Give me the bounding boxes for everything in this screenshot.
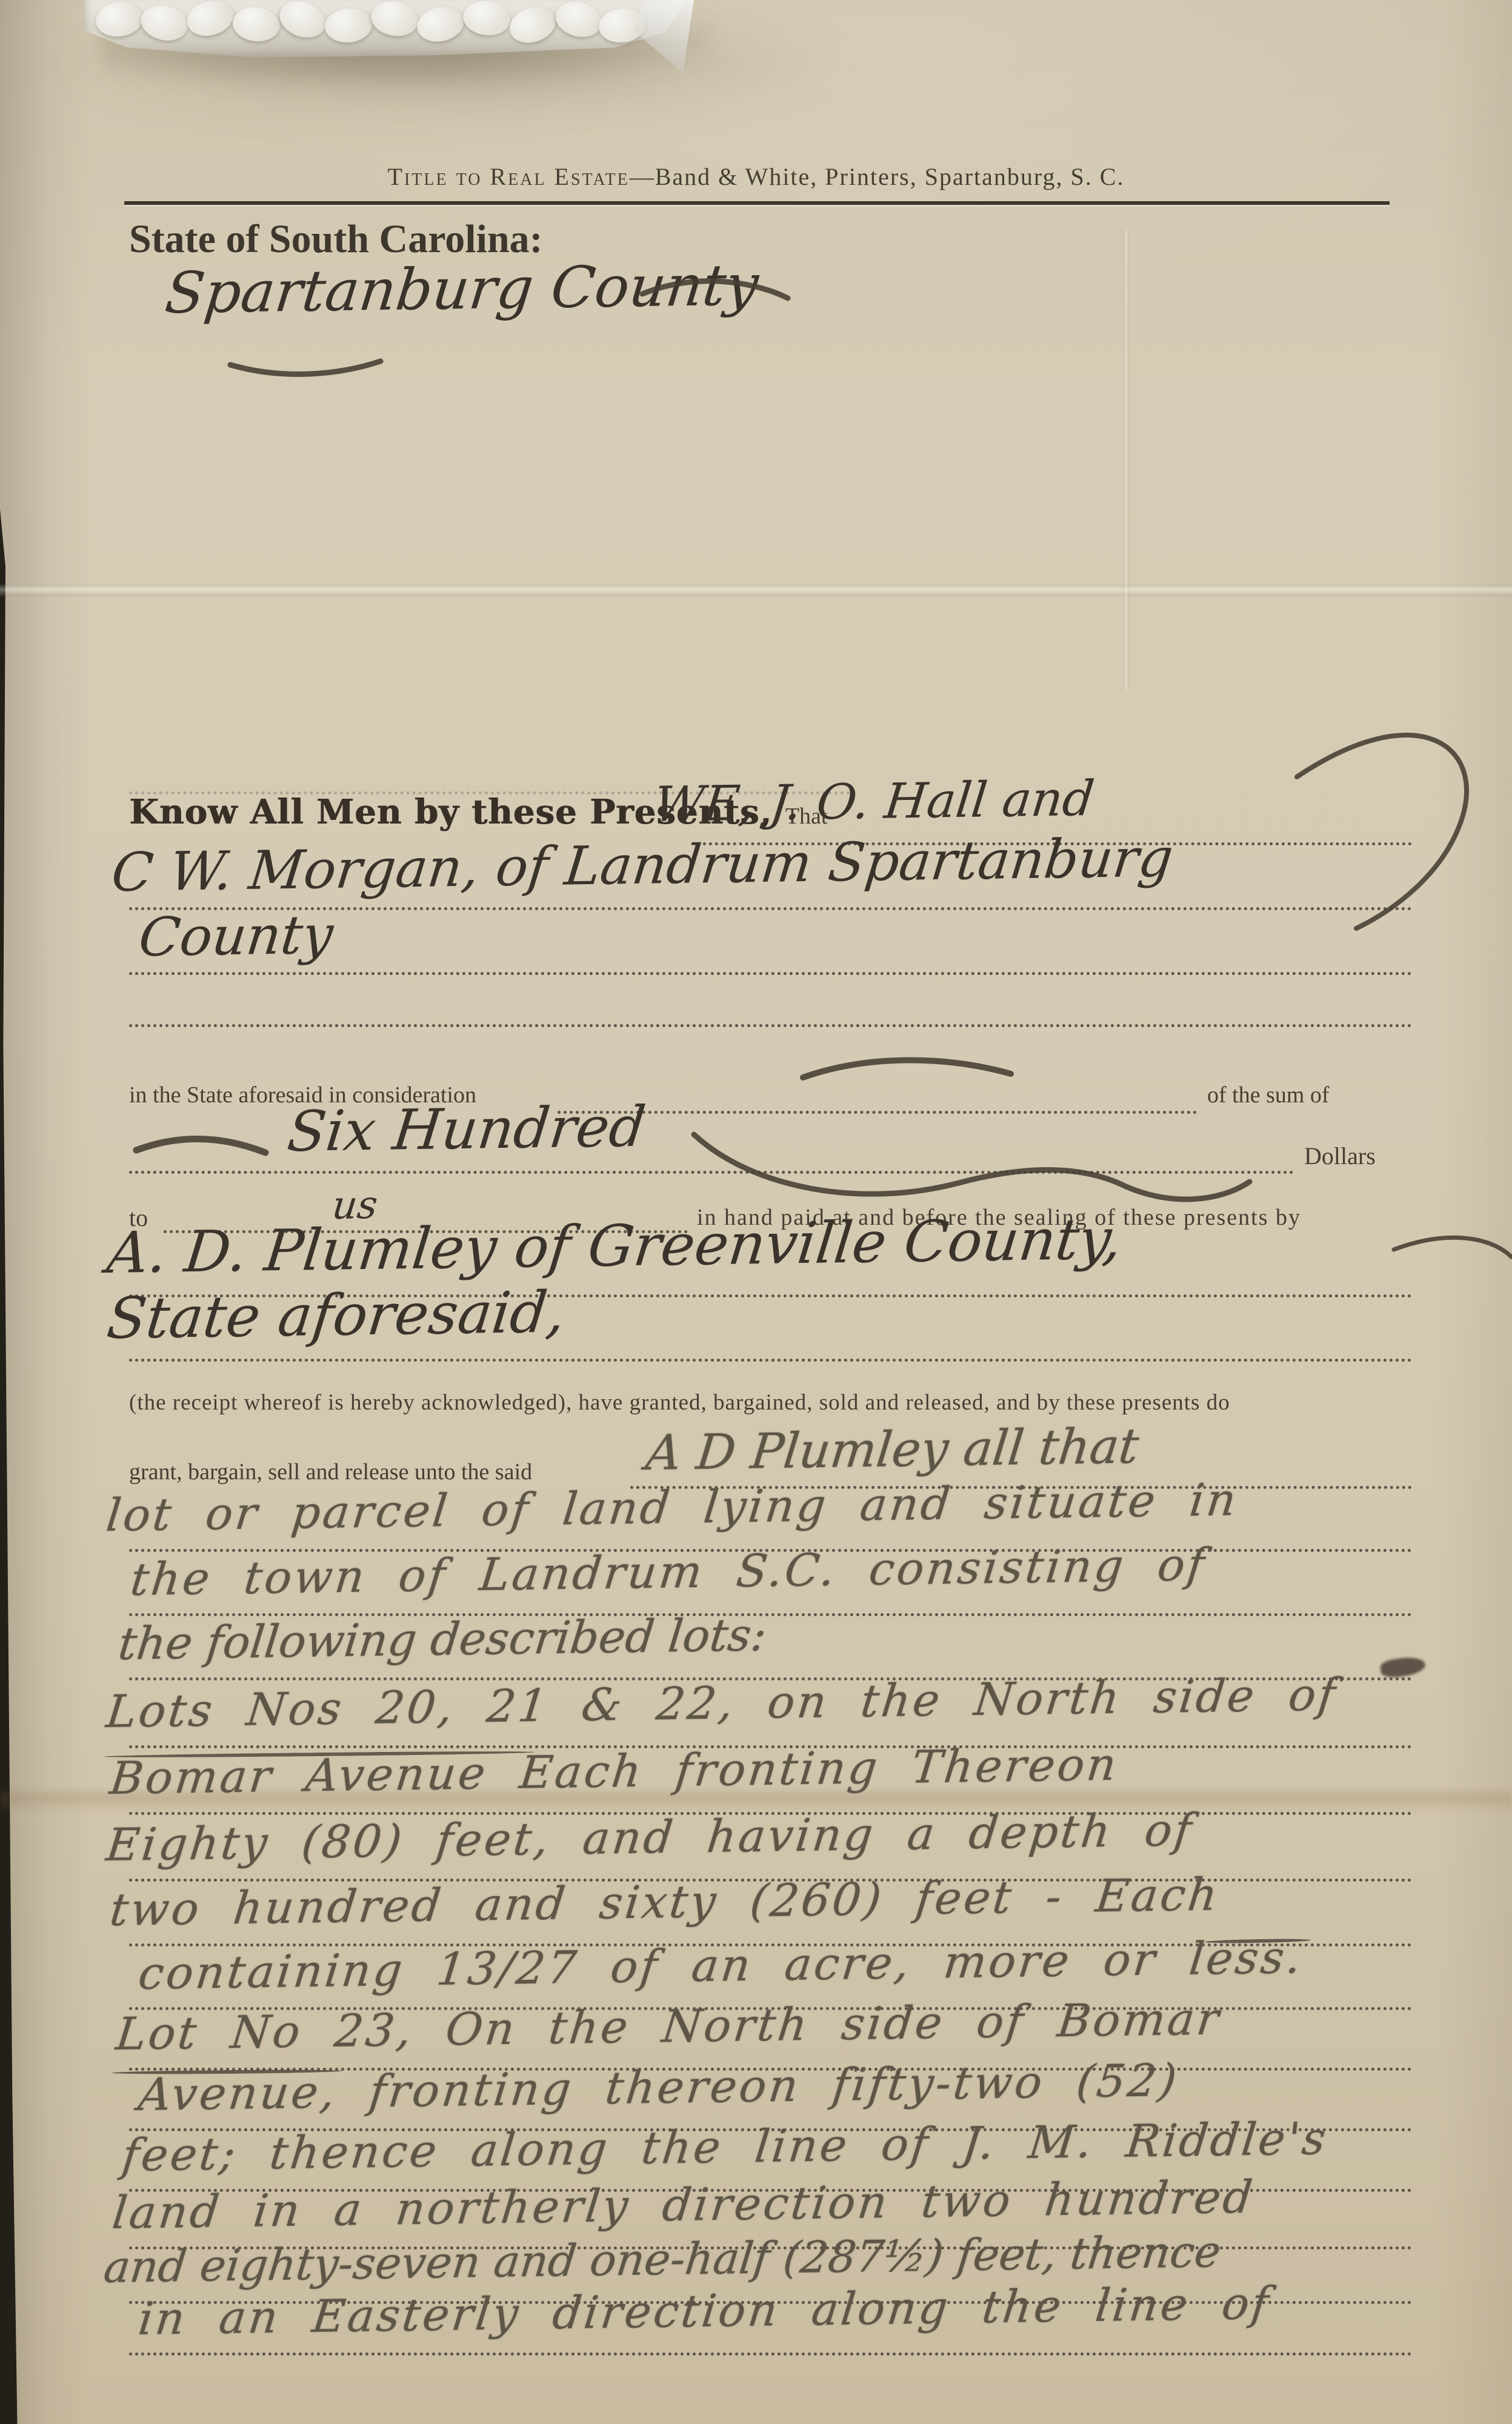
grantee-line2-handwritten: State aforesaid, (104, 1284, 568, 1348)
dotted-rule (129, 1359, 1412, 1362)
consideration-suffix: of the sum of (1207, 1084, 1330, 1107)
printer-imprint-line: Title to Real Estate—Band & White, Print… (0, 165, 1512, 189)
dollars-label: Dollars (1304, 1144, 1376, 1168)
description-line: feet; thence along the line of J. M. Rid… (120, 2116, 1330, 2178)
pill-bag (85, 0, 688, 59)
state-heading: State of South Carolina: (129, 219, 543, 259)
description-line: the town of Landrum S.C. consisting of (128, 1542, 1209, 1602)
release-handwritten: A D Plumley all that (644, 1422, 1141, 1477)
printer-imprint-rest: —Band & White, Printers, Spartanburg, S.… (630, 163, 1125, 190)
ink-blot (1379, 1655, 1426, 1679)
dotted-rule (129, 2352, 1412, 2356)
dotted-rule (129, 1024, 1412, 1027)
description-line: in an Easterly direction along the line … (136, 2281, 1273, 2342)
fold-crease-horizontal-upper (0, 584, 1512, 596)
release-prefix: grant, bargain, sell and release unto th… (129, 1460, 532, 1483)
dotted-rule (558, 1111, 1197, 1114)
county-handwritten: Spartanburg County (162, 257, 761, 322)
grantor-names-handwritten: WE, J. O. Hall and (651, 774, 1096, 829)
description-line: lot or parcel of land lying and situate … (104, 1477, 1241, 1538)
dotted-rule (129, 972, 1412, 975)
grantee-line1-handwritten: A. D. Plumley of Greenville County, (104, 1211, 1125, 1282)
receipt-paragraph: (the receipt whereof is hereby acknowled… (129, 1391, 1230, 1414)
description-line: land in a northerly direction two hundre… (110, 2175, 1257, 2236)
description-line: Bomar Avenue Each fronting Thereon (108, 1742, 1121, 1801)
paper-left-shading (0, 0, 91, 2424)
deed-document-photo: Title to Real Estate—Band & White, Print… (0, 0, 1512, 2424)
fold-crease-vertical (1123, 230, 1129, 691)
printer-imprint-smallcaps: Title to Real Estate (388, 163, 630, 190)
description-line: Lots Nos 20, 21 & 22, on the North side … (104, 1673, 1340, 1734)
dotted-rule (129, 1171, 1294, 1174)
description-line: the following described lots: (116, 1613, 768, 1666)
grantor-line2-handwritten: C W. Morgan, of Landrum Spartanburg (109, 831, 1176, 899)
description-line: Avenue, fronting thereon fifty-two (52) (136, 2058, 1181, 2117)
description-line: two hundred and sixty (260) feet - Each (108, 1872, 1222, 1933)
grantor-line3-handwritten: County (136, 908, 336, 964)
description-line: Eighty (80) feet, and having a depth of (104, 1808, 1196, 1868)
amount-handwritten: Six Hundred (285, 1099, 648, 1160)
description-line: Lot No 23, On the North side of Bomar (114, 1997, 1224, 2057)
header-rule (124, 201, 1390, 205)
